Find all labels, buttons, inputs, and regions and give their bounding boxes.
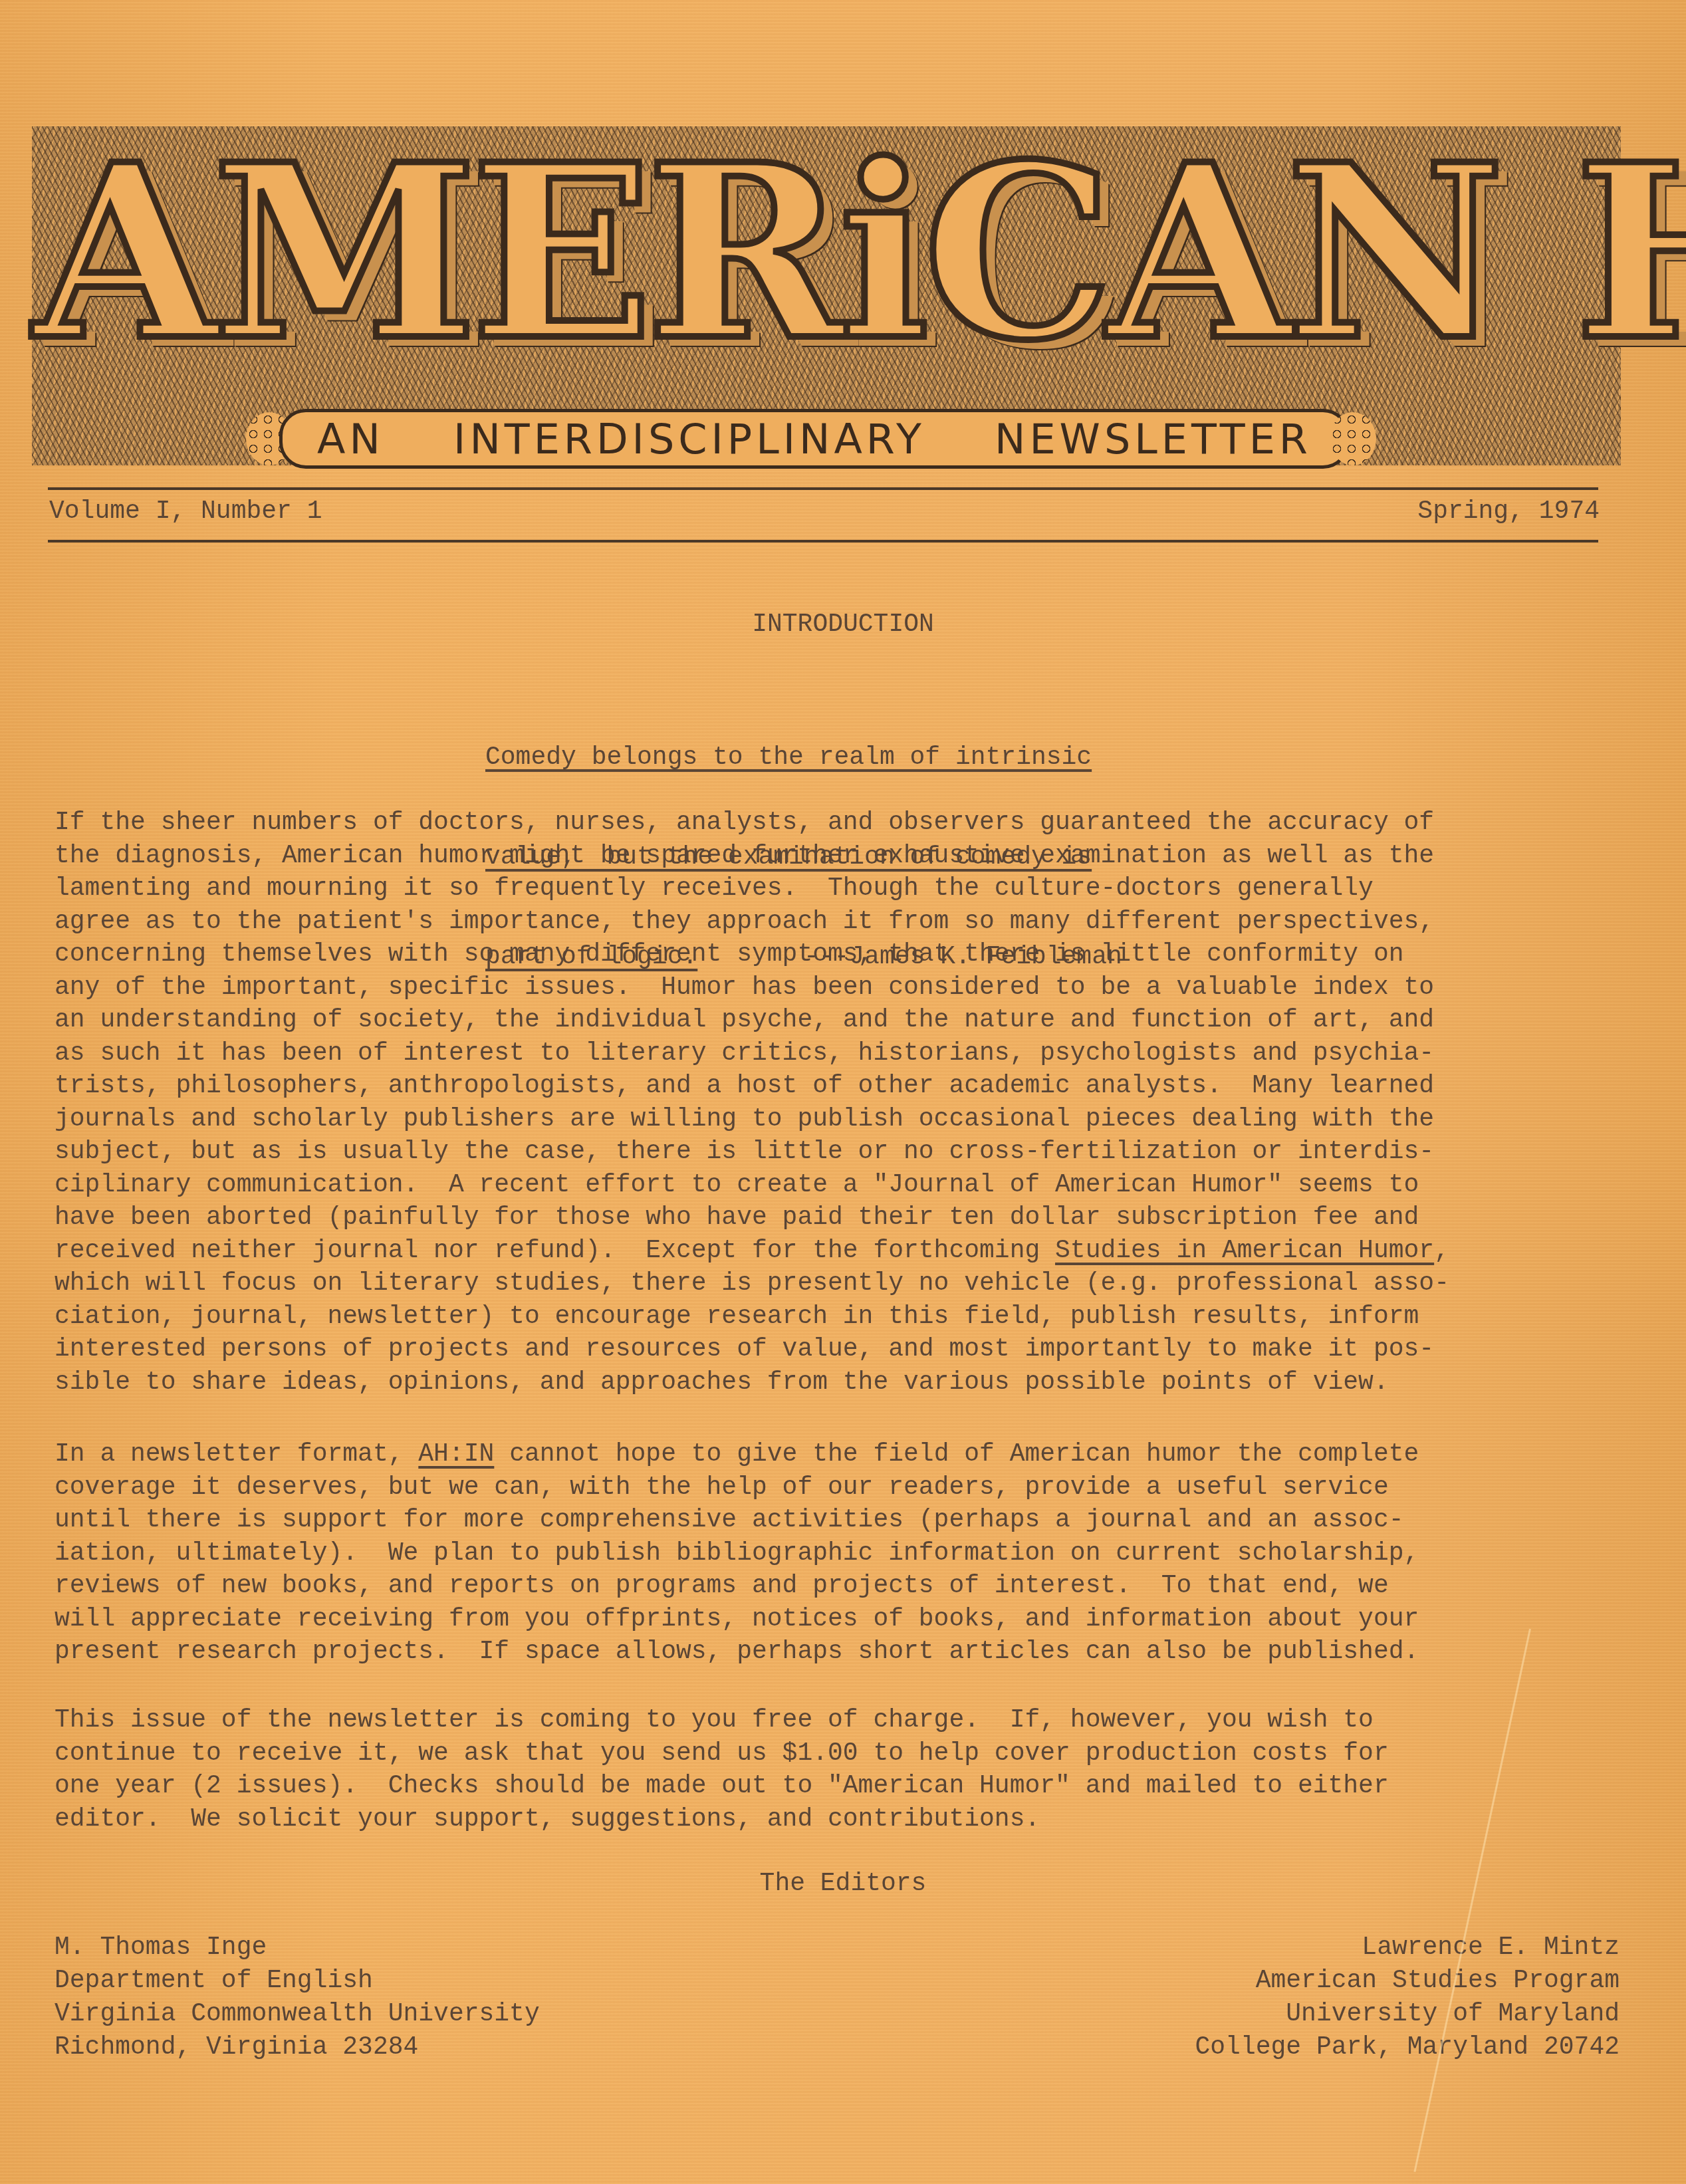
text-line: as such it has been of interest to liter… <box>55 1037 1604 1070</box>
masthead-letter: i <box>838 133 923 372</box>
text-line: until there is support for more comprehe… <box>55 1504 1604 1537</box>
text-line: continue to receive it, we ask that you … <box>55 1737 1604 1770</box>
masthead-letter: H <box>1574 133 1686 372</box>
address-line: Lawrence E. Mintz <box>1195 1931 1620 1965</box>
text-line: trists, philosophers, anthropologists, a… <box>55 1070 1604 1103</box>
text-line: concerning themselves with so many diffe… <box>55 938 1604 971</box>
paragraph-1: If the sheer numbers of doctors, nurses,… <box>55 806 1604 1399</box>
paragraph-2: In a newsletter format, AH:IN cannot hop… <box>55 1438 1604 1669</box>
masthead-letter: M <box>212 133 471 372</box>
section-heading: INTRODUCTION <box>0 610 1686 639</box>
address-line: M. Thomas Inge <box>55 1931 540 1965</box>
masthead-letter <box>1498 133 1574 372</box>
text-line: the diagnosis, American humor might be s… <box>55 840 1604 873</box>
issue-season: Spring, 1974 <box>1417 497 1600 526</box>
address-line: American Studies Program <box>1195 1965 1620 1998</box>
masthead-letter: A <box>33 133 212 372</box>
text-line: have been aborted (painfully for those w… <box>55 1201 1604 1235</box>
epigraph-line: Comedy belongs to the realm of intrinsic <box>485 743 1092 772</box>
issue-volume: Volume I, Number 1 <box>49 497 322 526</box>
underlined-title: AH:IN <box>418 1440 494 1469</box>
text-line: In a newsletter format, AH:IN cannot hop… <box>55 1438 1604 1471</box>
address-line: College Park, Maryland 20742 <box>1195 2031 1620 2064</box>
text-line: lamenting and mourning it so frequently … <box>55 872 1604 906</box>
paragraph-3: This issue of the newsletter is coming t… <box>55 1704 1604 1836</box>
text-line: reviews of new books, and reports on pro… <box>55 1570 1604 1603</box>
text-line: one year (2 issues). Checks should be ma… <box>55 1770 1604 1803</box>
text-line: an understanding of society, the individ… <box>55 1004 1604 1037</box>
text-line: ciation, journal, newsletter) to encoura… <box>55 1300 1604 1334</box>
editor-address-left: M. Thomas IngeDepartment of EnglishVirgi… <box>55 1931 540 2064</box>
subtitle-word: INTERDISCIPLINARY <box>453 415 925 463</box>
address-line: Virginia Commonwealth University <box>55 1998 540 2031</box>
text-line: sible to share ideas, opinions, and appr… <box>55 1366 1604 1399</box>
text-line: journals and scholarly publishers are wi… <box>55 1103 1604 1136</box>
text-line: subject, but as is usually the case, the… <box>55 1136 1604 1169</box>
text-line: ciplinary communication. A recent effort… <box>55 1169 1604 1202</box>
divider-bottom <box>48 540 1598 543</box>
masthead-letter: N <box>1286 133 1498 372</box>
text-line: coverage it deserves, but we can, with t… <box>55 1471 1604 1505</box>
signature: The Editors <box>0 1870 1686 1898</box>
editor-address-right: Lawrence E. MintzAmerican Studies Progra… <box>1195 1931 1620 2064</box>
text-line: received neither journal nor refund). Ex… <box>55 1235 1604 1268</box>
masthead-letter: C <box>923 133 1107 372</box>
text-line: This issue of the newsletter is coming t… <box>55 1704 1604 1737</box>
banner-right-ornament <box>1330 412 1376 465</box>
address-line: Richmond, Virginia 23284 <box>55 2031 540 2064</box>
subtitle-banner: AN INTERDISCIPLINARY NEWSLETTER <box>279 409 1350 469</box>
masthead: AMERiCAN HUMOR AN INTERDISCIPLINARY NEWS… <box>27 40 1649 465</box>
masthead-letter: E <box>471 133 646 372</box>
masthead-letter: R <box>646 133 838 372</box>
text-line: If the sheer numbers of doctors, nurses,… <box>55 806 1604 840</box>
masthead-letter: A <box>1107 133 1286 372</box>
address-line: University of Maryland <box>1195 1998 1620 2031</box>
text-line: present research projects. If space allo… <box>55 1636 1604 1669</box>
text-line: interested persons of projects and resou… <box>55 1333 1604 1366</box>
text-line: editor. We solicit your support, suggest… <box>55 1803 1604 1836</box>
subtitle-word: AN <box>317 415 384 463</box>
subtitle-word: NEWSLETTER <box>995 415 1312 463</box>
masthead-title: AMERiCAN HUMOR <box>33 80 1642 425</box>
address-line: Department of English <box>55 1965 540 1998</box>
text-line: will appreciate receiving from you offpr… <box>55 1603 1604 1636</box>
text-line: any of the important, specific issues. H… <box>55 971 1604 1005</box>
text-line: iation, ultimately). We plan to publish … <box>55 1537 1604 1570</box>
text-line: agree as to the patient's importance, th… <box>55 906 1604 939</box>
divider-top <box>48 487 1598 490</box>
text-line: which will focus on literary studies, th… <box>55 1267 1604 1300</box>
underlined-title: Studies in American Humor <box>1055 1237 1434 1265</box>
